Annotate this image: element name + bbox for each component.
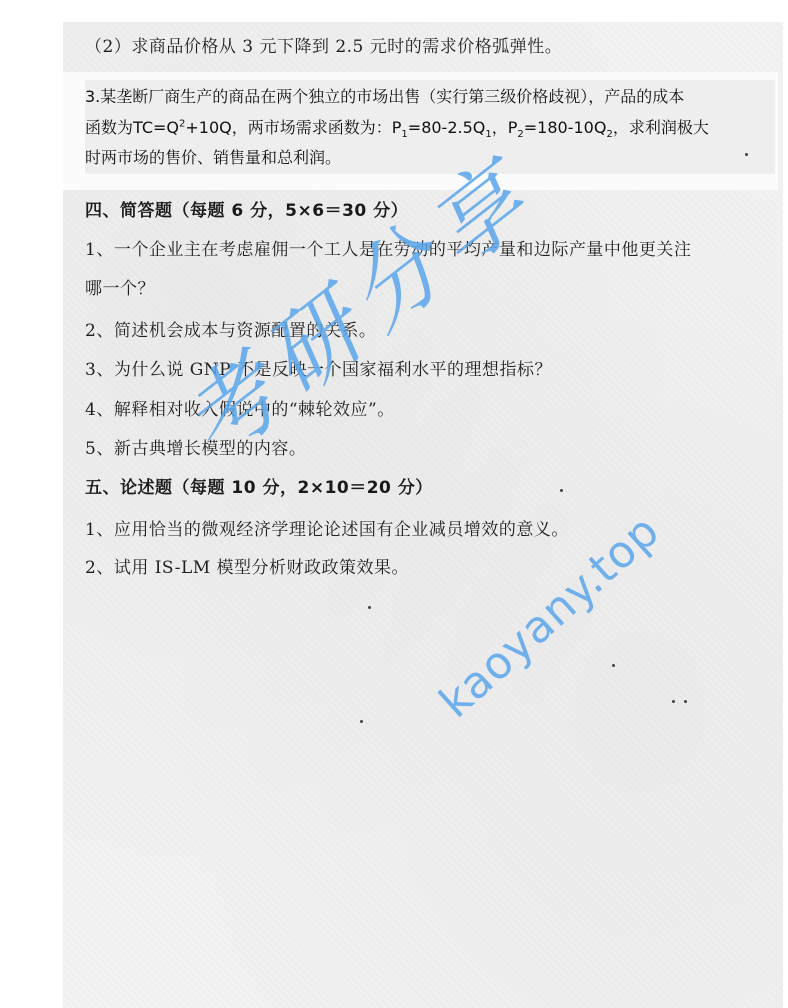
q3-text: =80-2.5Q (408, 118, 486, 137)
section-4-item: 3、为什么说 GNP 不是反映一个国家福利水平的理想指标？ (85, 355, 552, 380)
scan-speck (560, 489, 563, 492)
scan-speck (360, 720, 363, 723)
section-4-item: 哪一个？ (85, 274, 155, 299)
scan-speck (368, 606, 371, 609)
scan-speck (612, 664, 615, 667)
section-4-item: 4、解释相对收入假说中的“棘轮效应”。 (85, 395, 395, 420)
section-4-item: 2、简述机会成本与资源配置的关系。 (85, 316, 376, 341)
question-3-line-1: 3.某垄断厂商生产的商品在两个独立的市场出售（实行第三级价格歧视），产品的成本 (85, 84, 684, 107)
q3-text: =180-10Q (524, 118, 607, 137)
q3-text: ，求利润极大 (613, 118, 709, 137)
scan-speck (745, 153, 748, 156)
section-4-item: 1、一个企业主在考虑雇佣一个工人是在劳动的平均产量和边际产量中他更关注 (85, 235, 691, 260)
question-3-line-3: 时两市场的售价、销售量和总利润。 (85, 145, 341, 168)
question-2-text: （2）求商品价格从 3 元下降到 2.5 元时的需求价格弧弹性。 (85, 32, 562, 57)
section-4-item: 5、新古典增长模型的内容。 (85, 434, 306, 459)
q3-text: ，P (492, 118, 518, 137)
scan-speck (684, 700, 687, 703)
scan-speck (672, 700, 675, 703)
section-5-item: 1、应用恰当的微观经济学理论论述国有企业减员增效的意义。 (85, 515, 569, 540)
section-5-heading: 五、论述题（每题 10 分，2×10＝20 分） (85, 473, 433, 498)
q3-text: 函数为TC=Q (85, 118, 179, 137)
section-5-item: 2、试用 IS-LM 模型分析财政政策效果。 (85, 553, 409, 578)
question-3-line-2: 函数为TC=Q2+10Q，两市场需求函数为：P1=80-2.5Q1，P2=180… (85, 115, 709, 140)
q3-text: +10Q，两市场需求函数为：P (185, 118, 401, 137)
section-4-heading: 四、简答题（每题 6 分，5×6＝30 分） (85, 196, 408, 221)
